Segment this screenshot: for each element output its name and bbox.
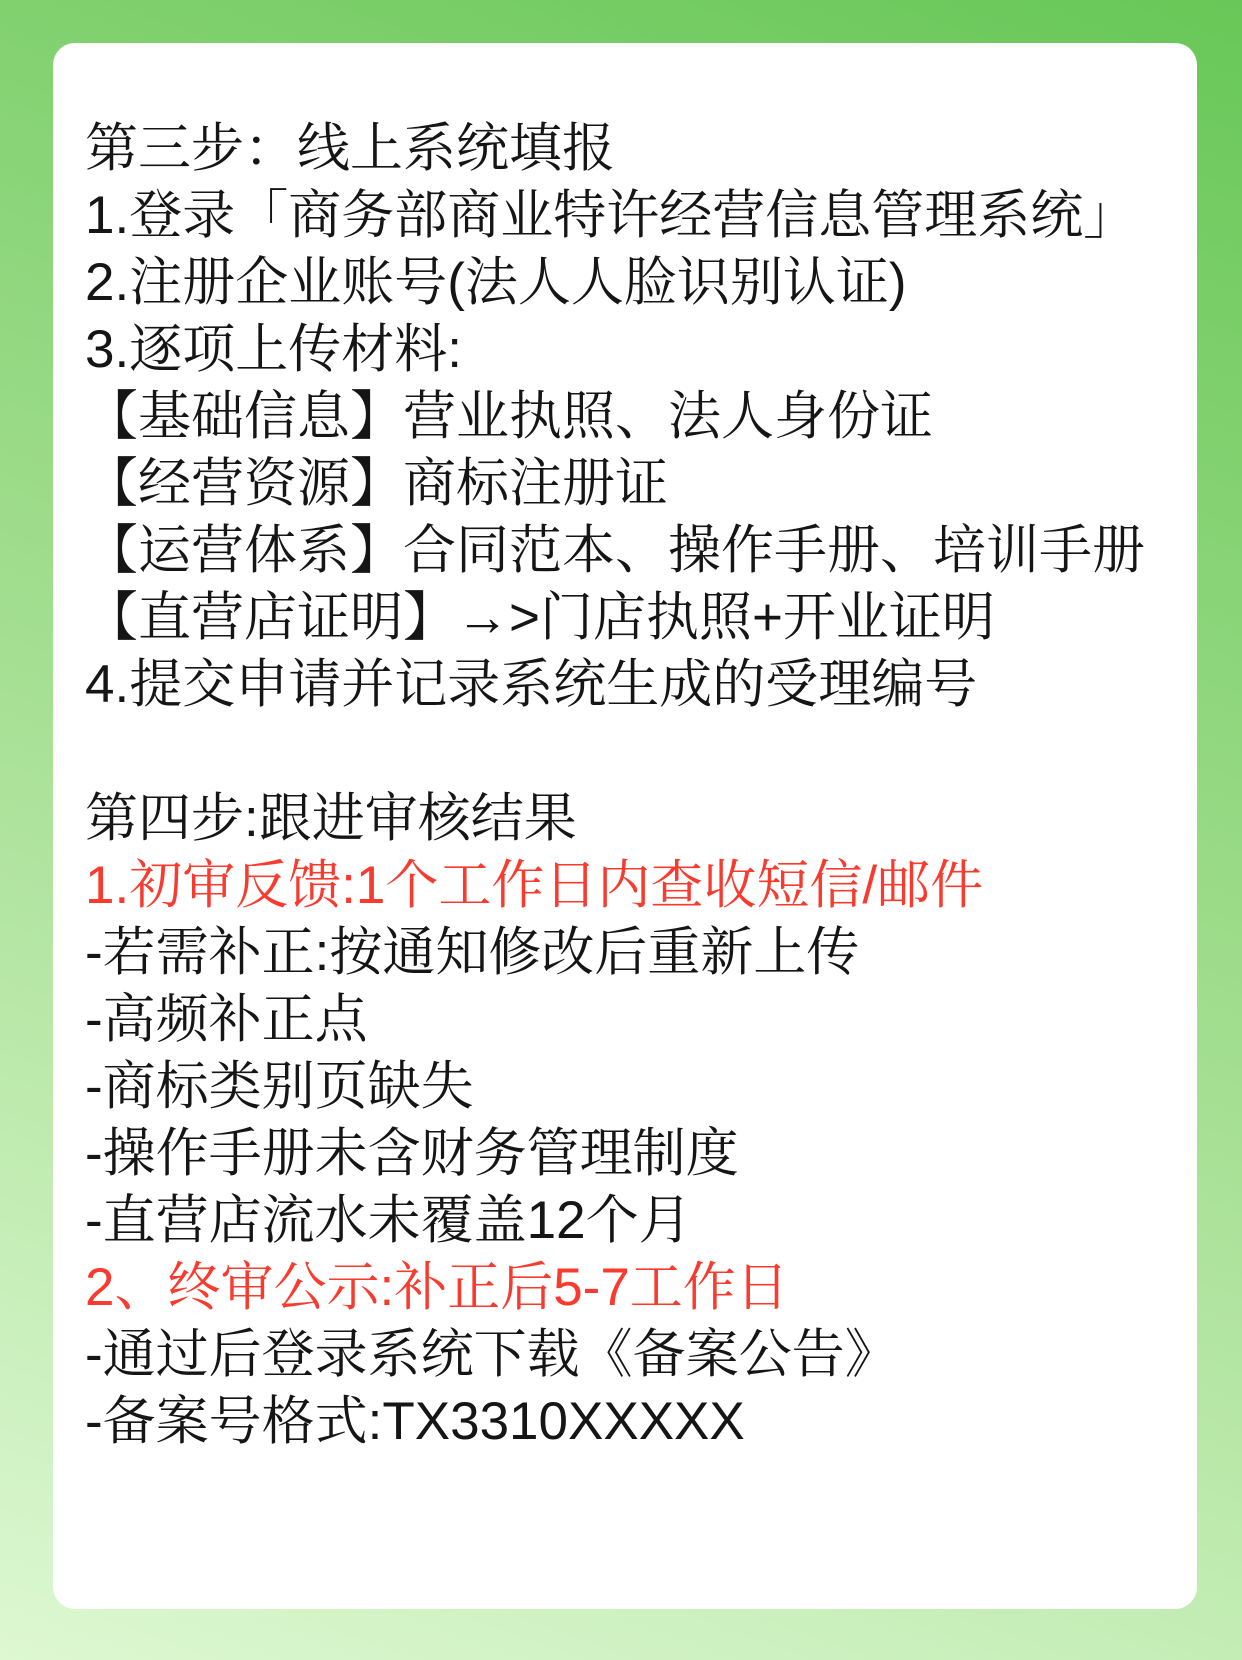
text-line: 2、终审公示:补正后5-7工作日 <box>85 1254 1177 1321</box>
text-line: 【直营店证明】→>门店执照+开业证明 <box>85 584 1177 651</box>
blank-line <box>85 718 1177 785</box>
text-line: -商标类别页缺失 <box>85 1053 1177 1120</box>
text-line: 4.提交申请并记录系统生成的受理编号 <box>85 651 1177 718</box>
text-line: -备案号格式:TX3310XXXXX <box>85 1388 1177 1455</box>
text-line: 3.逐项上传材料: <box>85 316 1177 383</box>
text-lines: 第三步：线上系统填报1.登录「商务部商业特许经营信息管理系统」2.注册企业账号(… <box>53 43 1197 1455</box>
text-line: 第四步:跟进审核结果 <box>85 785 1177 852</box>
text-line: 【基础信息】营业执照、法人身份证 <box>85 383 1177 450</box>
text-line: -若需补正:按通知修改后重新上传 <box>85 919 1177 986</box>
text-line: -高频补正点 <box>85 986 1177 1053</box>
text-line: 2.注册企业账号(法人人脸识别认证) <box>85 249 1177 316</box>
text-line: -通过后登录系统下载《备案公告》 <box>85 1321 1177 1388</box>
text-line: 【经营资源】商标注册证 <box>85 450 1177 517</box>
text-line: -操作手册未含财务管理制度 <box>85 1120 1177 1187</box>
text-line: 【运营体系】合同范本、操作手册、培训手册 <box>85 517 1177 584</box>
text-line: 第三步：线上系统填报 <box>85 115 1177 182</box>
text-line: 1.登录「商务部商业特许经营信息管理系统」 <box>85 182 1177 249</box>
text-line: 1.初审反馈:1个工作日内查收短信/邮件 <box>85 852 1177 919</box>
content-card: 第三步：线上系统填报1.登录「商务部商业特许经营信息管理系统」2.注册企业账号(… <box>53 43 1197 1609</box>
text-line: -直营店流水未覆盖12个月 <box>85 1187 1177 1254</box>
